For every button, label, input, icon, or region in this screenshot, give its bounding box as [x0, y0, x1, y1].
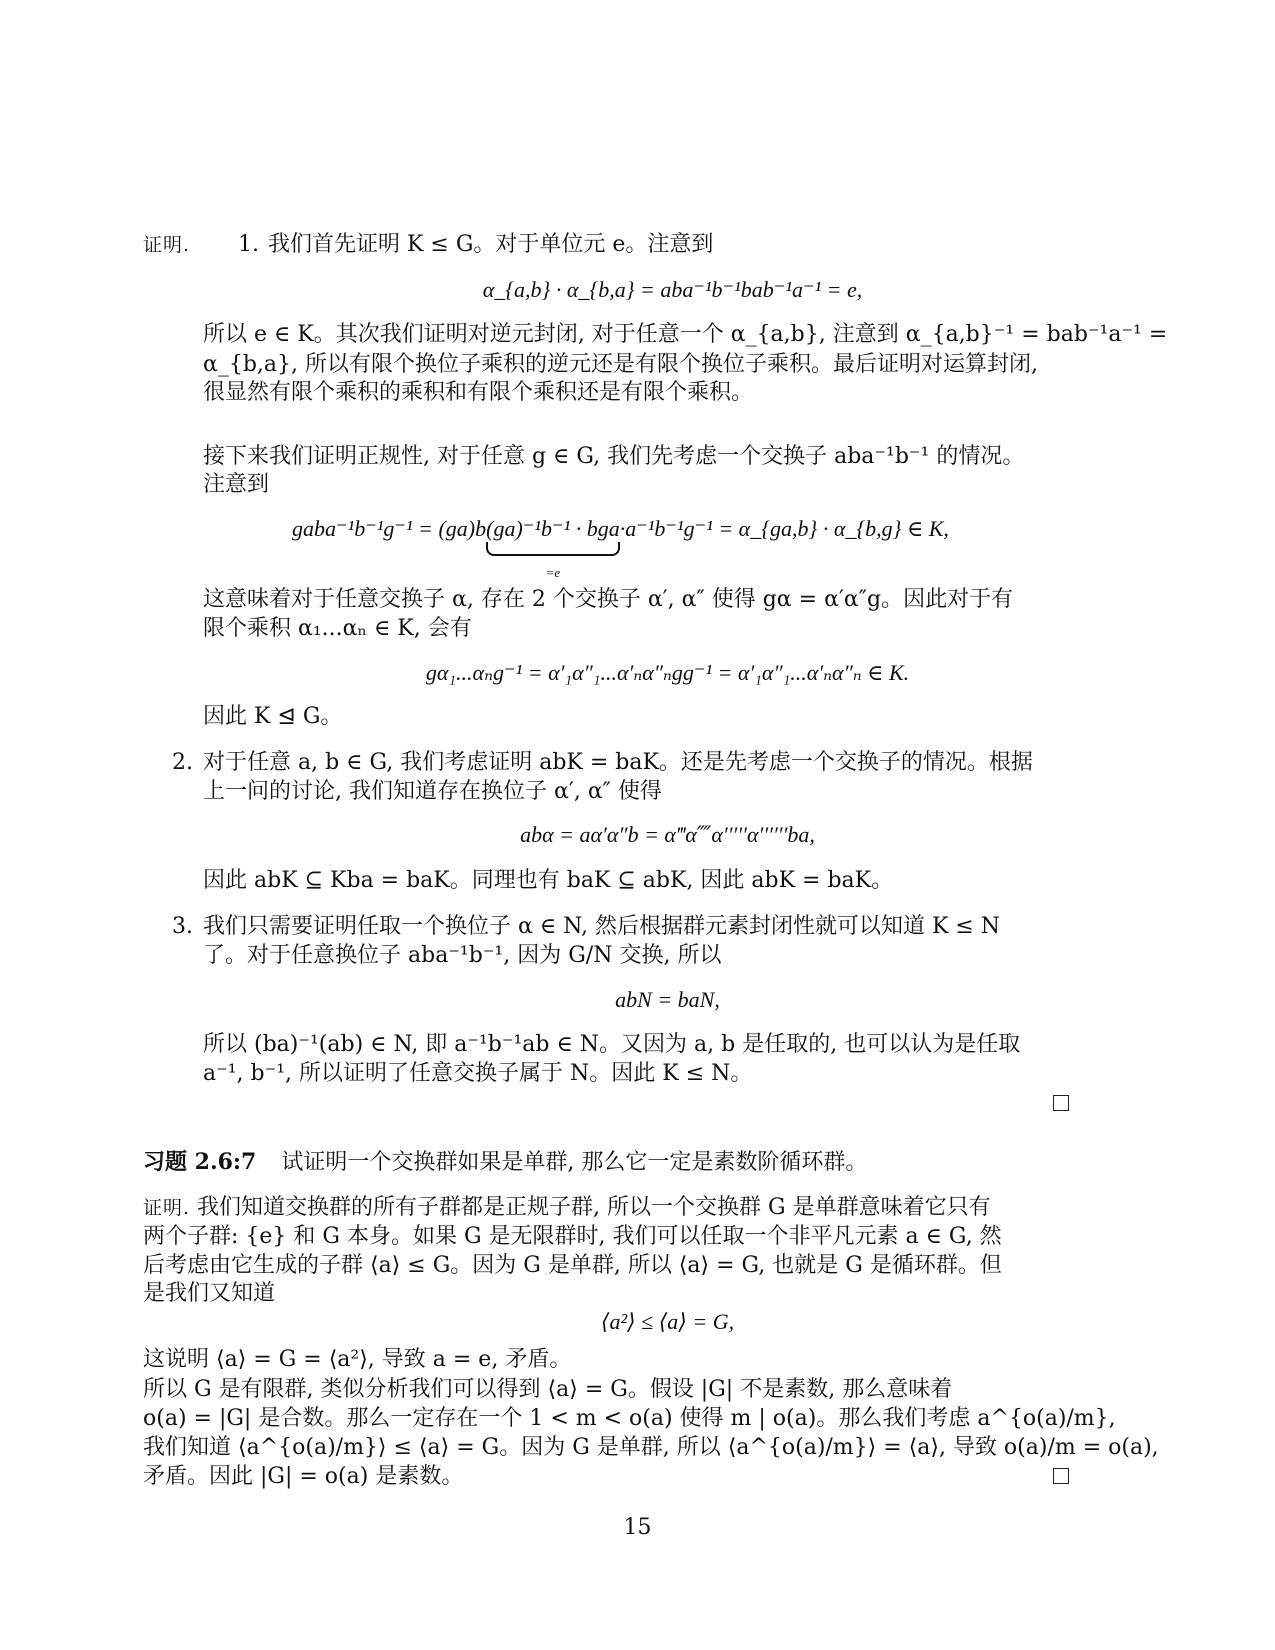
equation-quotient: abN = baN,: [0, 985, 1275, 1015]
item-number-2: 2.: [172, 748, 193, 778]
paragraph-line: 了。对于任意换位子 aba⁻¹b⁻¹, 因为 G/N 交换, 所以: [203, 941, 721, 971]
paragraph-line: 我们只需要证明任取一个换位子 α ∈ N, 然后根据群元素封闭性就可以知道 K …: [203, 912, 1000, 942]
page-number: 15: [0, 1515, 1275, 1540]
item-number-1: 1.: [238, 230, 259, 260]
conclusion-line: 因此 abK ⊆ Kba = baK。同理也有 baK ⊆ abK, 因此 ab…: [203, 866, 893, 896]
paragraph-line: 很显然有限个乘积的乘积和有限个乘积还是有限个乘积。: [203, 378, 753, 408]
underbrace-label: =e: [486, 558, 620, 588]
paragraph-line: 这说明 ⟨a⟩ = G = ⟨a²⟩, 导致 a = e, 矛盾。: [143, 1345, 571, 1375]
paragraph-line: 两个子群: {e} 和 G 本身。如果 G 是无限群时, 我们可以任取一个非平凡…: [143, 1222, 1002, 1252]
paragraph-line: 注意到: [203, 470, 269, 500]
proof-text: 我们知道交换群的所有子群都是正规子群, 所以一个交换群 G 是单群意味着它只有: [197, 1195, 991, 1220]
equation-product: gα₁...αₙg⁻¹ = α′₁α″₁...α′ₙα″ₙgg⁻¹ = α′₁α…: [0, 658, 1275, 688]
exercise-statement: 试证明一个交换群如果是单群, 那么它一定是素数阶循环群。: [281, 1150, 867, 1175]
paragraph-line: 限个乘积 α₁...αₙ ∈ K, 会有: [203, 614, 472, 644]
paragraph-line: o(a) = |G| 是合数。那么一定存在一个 1 < m < o(a) 使得 …: [143, 1404, 1116, 1434]
paragraph-line: 接下来我们证明正规性, 对于任意 g ∈ G, 我们先考虑一个交换子 aba⁻¹…: [203, 442, 1024, 472]
paragraph-line: α_{b,a}, 所以有限个换位子乘积的逆元还是有限个换位子乘积。最后证明对运算…: [203, 350, 1038, 380]
equation-part: ·a⁻¹b⁻¹g⁻¹ = α_{ga,b} · α_{b,g} ∈ K,: [620, 516, 949, 541]
conclusion-line: 因此 K ⊴ G。: [203, 702, 342, 732]
qed-icon: [1053, 1095, 1069, 1111]
item1-intro: 我们首先证明 K ≤ G。对于单位元 e。注意到: [268, 230, 713, 260]
item-number-3: 3.: [172, 912, 193, 942]
underbrace-icon: [486, 542, 620, 556]
equation-part: (ga)⁻¹b⁻¹ · bga: [486, 516, 620, 541]
paragraph-line: 矛盾。因此 |G| = o(a) 是素数。: [143, 1462, 463, 1492]
paragraph-line: 上一问的讨论, 我们知道存在换位子 α′, α″ 使得: [203, 777, 662, 807]
equation-subgroup: ⟨a²⟩ ≤ ⟨a⟩ = G,: [0, 1307, 1275, 1337]
paragraph-line: a⁻¹, b⁻¹, 所以证明了任意交换子属于 N。因此 K ≤ N。: [203, 1059, 752, 1089]
equation-commutator: abα = aα′α″b = α‴α⁗α′′′′′α′′′′′′ba,: [0, 820, 1275, 850]
proof-label: 证明.: [143, 230, 190, 260]
paragraph-line: 我们知道 ⟨a^{o(a)/m}⟩ ≤ ⟨a⟩ = G。因为 G 是单群, 所以…: [143, 1433, 1159, 1463]
paragraph-line: 所以 e ∈ K。其次我们证明对逆元封闭, 对于任意一个 α_{a,b}, 注意…: [203, 320, 1167, 350]
paragraph-line: 是我们又知道: [143, 1279, 275, 1309]
paragraph-line: 后考虑由它生成的子群 ⟨a⟩ ≤ G。因为 G 是单群, 所以 ⟨a⟩ = G,…: [143, 1251, 1002, 1281]
paragraph-line: 这意味着对于任意交换子 α, 存在 2 个交换子 α′, α″ 使得 gα = …: [203, 585, 1013, 615]
exercise-label: 习题 2.6:7: [143, 1149, 256, 1175]
equation-part: gaba⁻¹b⁻¹g⁻¹ = (ga)b: [292, 516, 486, 541]
paragraph-line: 所以 (ba)⁻¹(ab) ∈ N, 即 a⁻¹b⁻¹ab ∈ N。又因为 a,…: [203, 1030, 1020, 1060]
qed-icon: [1053, 1468, 1069, 1484]
equation-identity: α_{a,b} · α_{b,a} = aba⁻¹b⁻¹bab⁻¹a⁻¹ = e…: [0, 275, 1275, 305]
paragraph-line: 所以 G 是有限群, 类似分析我们可以得到 ⟨a⟩ = G。假设 |G| 不是素…: [143, 1375, 952, 1405]
paragraph-line: 对于任意 a, b ∈ G, 我们考虑证明 abK = baK。还是先考虑一个交…: [203, 748, 1033, 778]
underbrace-group: (ga)⁻¹b⁻¹ · bga=e: [486, 514, 620, 544]
exercise-heading: 习题 2.6:7 试证明一个交换群如果是单群, 那么它一定是素数阶循环群。: [143, 1147, 867, 1178]
paragraph-line: 证明. 我们知道交换群的所有子群都是正规子群, 所以一个交换群 G 是单群意味着…: [143, 1193, 991, 1223]
proof-label: 证明.: [143, 1197, 190, 1219]
equation-normality: gaba⁻¹b⁻¹g⁻¹ = (ga)b(ga)⁻¹b⁻¹ · bga=e·a⁻…: [292, 514, 949, 544]
